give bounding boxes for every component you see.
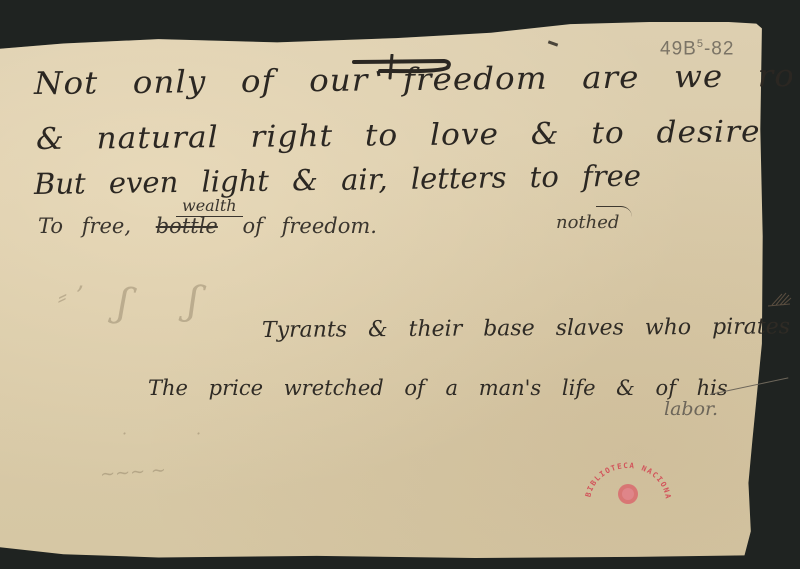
scan-border bbox=[792, 0, 800, 569]
interlinear-insertion: wealth bbox=[176, 196, 243, 217]
catalog-number-main: 49B bbox=[660, 38, 697, 59]
catalog-number: 49B5-82 bbox=[660, 38, 734, 60]
catalog-number-suffix: -82 bbox=[704, 38, 734, 59]
ink-flourish-right-edge bbox=[768, 290, 792, 310]
continuation-text: labor. bbox=[664, 398, 718, 420]
manuscript-line-6: The price wretched of a man's life & of … bbox=[148, 376, 728, 400]
line-4-suffix: of freedom. bbox=[243, 214, 377, 238]
line-4-prefix: To free, bbox=[38, 214, 131, 238]
manuscript-line-6-continuation: labor. bbox=[664, 398, 718, 420]
struck-through-word: bottle bbox=[156, 214, 218, 238]
margin-note: nothed bbox=[556, 212, 619, 233]
library-stamp: BIBLIOTECA NACIONAL bbox=[582, 452, 674, 508]
manuscript-line-5: Tyrants & their base slaves who pirates … bbox=[262, 314, 800, 343]
scan-canvas: ⸗ ʼ ʃ ʃ · · ~~~ ~ 49B5-82 Not only of ou… bbox=[0, 0, 800, 569]
margin-note-flourish bbox=[596, 206, 632, 217]
manuscript-line-4: To free, bottle wealth of freedom. bbox=[38, 214, 377, 238]
catalog-number-superscript: 5 bbox=[697, 38, 704, 50]
